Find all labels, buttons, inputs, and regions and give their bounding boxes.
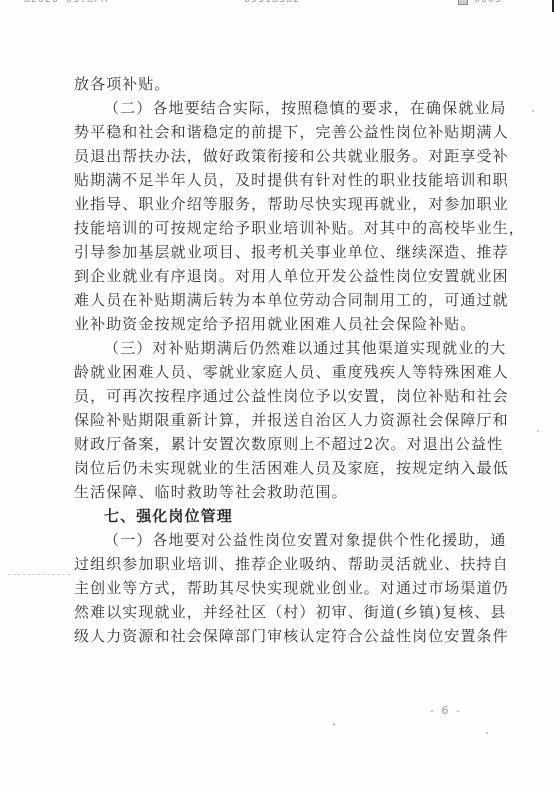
text-line: 龄就业困难人员、零就业家庭人员、重度残疾人等特殊困难人 [74, 360, 478, 384]
text-line: 业指导、职业介绍等服务，帮助尽快实现再就业，对参加职业 [74, 192, 478, 216]
text-line: 岗位后仍未实现就业的生活困难人员及家庭，按规定纳入最低 [74, 456, 478, 480]
text-line: 员退出帮扶办法，做好政策衔接和公共就业服务。对距享受补 [74, 144, 478, 168]
text-line: 引导参加基层就业项目、报考机关事业单位、继续深造、推荐 [74, 240, 478, 264]
scan-speck [333, 723, 335, 726]
document-body: 放各项补贴。 （二）各地要结合实际，按照稳慎的要求，在确保就业局 势平稳和社会和… [74, 72, 478, 648]
page-number: - 6 - [430, 704, 462, 717]
scan-speck [486, 732, 488, 734]
paragraph-start-7-1: （一）各地要对公益性岗位安置对象提供个性化援助，通 [74, 528, 478, 552]
section-heading: 七、强化岗位管理 [74, 504, 478, 528]
text-line: 财政厅备案，累计安置次数原则上不超过2次。对退出公益性 [74, 432, 478, 456]
scan-margin-artifact [8, 574, 70, 575]
fax-datetime: …2020 03:…PM [24, 0, 108, 5]
fax-header: …2020 03:…PM 0991…5…2 0005 [0, 0, 554, 8]
text-line: 然难以实现就业，并经社区（村）初审、街道(乡镇)复核、县 [74, 600, 478, 624]
text-line: 难人员在补贴期满后转为本单位劳动合同制用工的，可通过就 [74, 288, 478, 312]
scan-speck [532, 110, 534, 112]
paragraph-start-3: （三）对补贴期满后仍然难以通过其他渠道实现就业的大 [74, 336, 478, 360]
text-line: 过组织参加职业培训、推荐企业吸纳、帮助灵活就业、扶持自 [74, 552, 478, 576]
text-line: 放各项补贴。 [74, 72, 478, 96]
scan-speck [537, 430, 539, 432]
document-page: …2020 03:…PM 0991…5…2 0005 放各项补贴。 （二）各地要… [0, 0, 554, 790]
fax-page-count: 0005 [474, 0, 502, 5]
fax-icon [458, 0, 468, 5]
text-line: 势平稳和社会和谐稳定的前提下，完善公益性岗位补贴期满人 [74, 120, 478, 144]
text-line: 业补助资金按规定给予招用就业困难人员社会保险补贴。 [74, 312, 478, 336]
text-line: 贴期满不足半年人员，及时提供有针对性的职业技能培训和职 [74, 168, 478, 192]
text-line: 技能培训的可按规定给予职业培训补贴。对其中的高校毕业生， [74, 216, 478, 240]
fax-page-counter: 0005 [458, 0, 502, 5]
text-line: 到企业就业有序退岗。对用人单位开发公益性岗位安置就业困 [74, 264, 478, 288]
paragraph-start-2: （二）各地要结合实际，按照稳慎的要求，在确保就业局 [74, 96, 478, 120]
text-line: 员，可再次按程序通过公益性岗位予以安置，岗位补贴和社会 [74, 384, 478, 408]
fax-number: 0991…5…2 [244, 0, 300, 5]
text-line: 主创业等方式，帮助其尽快实现就业创业。对通过市场渠道仍 [74, 576, 478, 600]
text-line: 生活保障、临时救助等社会救助范围。 [74, 480, 478, 504]
text-line: 级人力资源和社会保障部门审核认定符合公益性岗位安置条件 [74, 624, 478, 648]
text-line: 保险补贴期限重新计算，并报送自治区人力资源社会保障厅和 [74, 408, 478, 432]
